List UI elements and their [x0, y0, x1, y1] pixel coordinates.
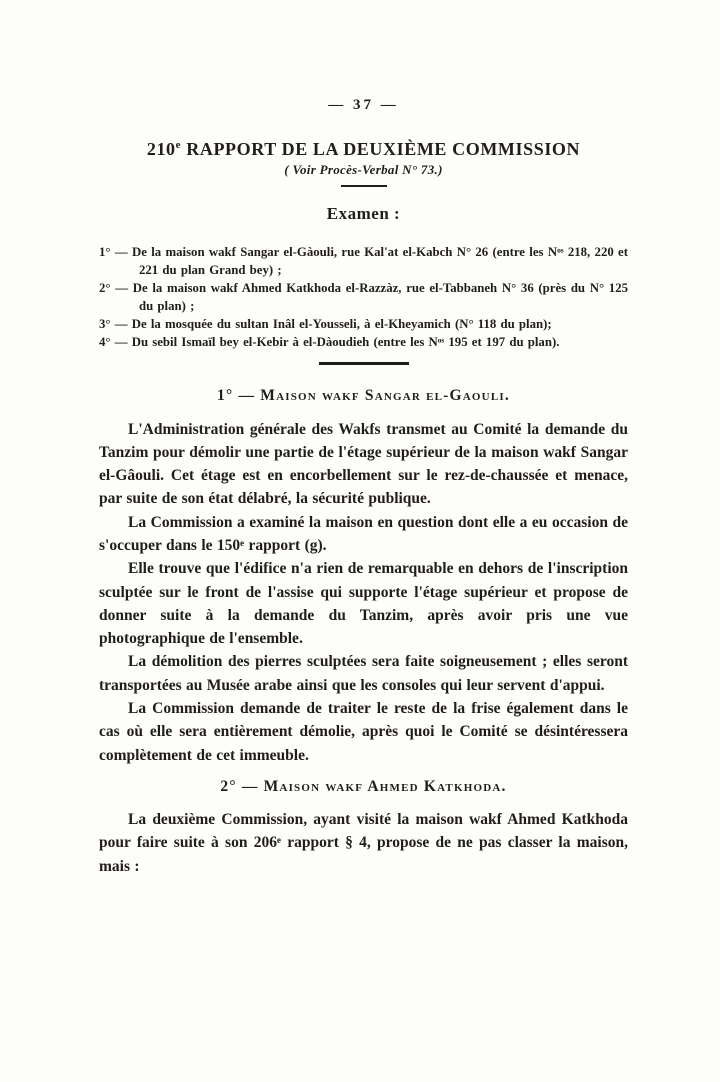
list-item-1: 1° — De la maison wakf Sangar el-Gàouli,…: [99, 243, 628, 279]
proces-verbal-reference: ( Voir Procès-Verbal N° 73.): [99, 161, 628, 178]
section-1-heading: 1° — Maison wakf Sangar el-Gaouli.: [99, 386, 628, 405]
paragraph: La deuxième Commission, ayant visité la …: [99, 808, 628, 878]
paragraph: La Commission demande de traiter le rest…: [99, 697, 628, 767]
paragraph: Elle trouve que l'édifice n'a rien de re…: [99, 557, 628, 650]
divider-long: [319, 362, 409, 365]
section-2-heading: 2° — Maison wakf Ahmed Katkhoda.: [99, 777, 628, 796]
report-number: 210: [147, 139, 176, 159]
text-block: — 37 — 210e RAPPORT DE LA DEUXIÈME COMMI…: [99, 0, 628, 878]
section-2-body: La deuxième Commission, ayant visité la …: [99, 808, 628, 878]
page-number: — 37 —: [99, 96, 628, 114]
examined-buildings-list: 1° — De la maison wakf Sangar el-Gàouli,…: [99, 243, 628, 351]
paragraph: La Commission a examiné la maison en que…: [99, 511, 628, 558]
scanned-document-page: — 37 — 210e RAPPORT DE LA DEUXIÈME COMMI…: [0, 0, 720, 1082]
examen-heading: Examen :: [99, 204, 628, 224]
report-title-text: RAPPORT DE LA DEUXIÈME COMMISSION: [181, 139, 580, 159]
section-1-body: L'Administration générale des Wakfs tran…: [99, 418, 628, 767]
report-title: 210e RAPPORT DE LA DEUXIÈME COMMISSION: [99, 139, 628, 159]
divider-short: [341, 185, 387, 187]
list-item-2: 2° — De la maison wakf Ahmed Katkhoda el…: [99, 279, 628, 315]
list-item-4: 4° — Du sebil Ismaïl bey el-Kebir à el-D…: [99, 333, 628, 351]
list-item-3: 3° — De la mosquée du sultan Inâl el-You…: [99, 315, 628, 333]
paragraph: La démolition des pierres sculptées sera…: [99, 650, 628, 697]
paragraph: L'Administration générale des Wakfs tran…: [99, 418, 628, 511]
